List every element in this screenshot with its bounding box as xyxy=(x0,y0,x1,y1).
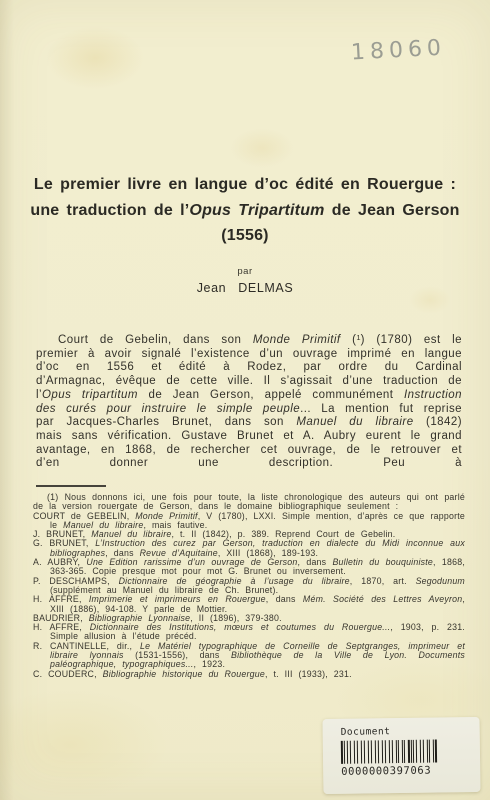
title-line-1: Le premier livre en langue d’oc édité en… xyxy=(0,172,490,198)
barcode-bar xyxy=(364,741,365,764)
barcode xyxy=(341,739,453,764)
barcode-bar xyxy=(408,740,410,763)
barcode-bar xyxy=(420,740,421,763)
body-paragraph: Court de Gebelin, dans son Monde Primiti… xyxy=(36,331,462,471)
barcode-bar xyxy=(357,741,358,764)
footnote-1: (1) Nous donnons ici, une fois pour tout… xyxy=(33,493,465,512)
barcode-bar xyxy=(375,740,376,763)
barcode-bar xyxy=(423,740,424,763)
author-name: Jean DELMAS xyxy=(0,281,490,295)
barcode-bar xyxy=(347,741,348,764)
footnote-7: H. AFFRE, Imprimerie et imprimeurs en Ro… xyxy=(33,595,465,614)
footnote-6: P. DESCHAMPS, Dictionnaire de géographie… xyxy=(33,577,465,596)
barcode-bar xyxy=(385,740,386,763)
barcode-bar xyxy=(368,740,369,763)
barcode-bar xyxy=(341,741,343,764)
barcode-bar xyxy=(435,740,437,763)
footnote-separator xyxy=(36,485,106,487)
barcode-bar xyxy=(382,740,383,763)
sticker-label: Document xyxy=(341,725,480,738)
barcode-bar xyxy=(378,740,379,763)
footnote-4: G. BRUNET, L’Instruction des curez par G… xyxy=(33,539,465,558)
scanned-document-page: 18060 Le premier livre en langue d’oc éd… xyxy=(0,0,490,800)
footnote-5: A. AUBRY, Une Edition rarissime d’un ouv… xyxy=(33,558,465,577)
footnote-2: COURT de GEBELIN, Monde Primitif, V (178… xyxy=(33,512,465,531)
footnotes: (1) Nous donnons ici, une fois pour tout… xyxy=(33,493,465,679)
barcode-bar xyxy=(344,741,345,764)
footnote-9: H. AFFRE, Dictionnaire des Institutions,… xyxy=(33,623,465,642)
article-title: Le premier livre en langue d’oc édité en… xyxy=(0,172,490,249)
barcode-bar xyxy=(404,740,405,763)
footnote-11: C. COUDERC, Bibliographie historique du … xyxy=(33,670,465,679)
title-line-2: une traduction de l’Opus Tripartitum de … xyxy=(0,198,490,224)
barcode-bar xyxy=(398,740,399,763)
barcode-bar xyxy=(413,740,414,763)
barcode-bar xyxy=(361,741,362,764)
title-line-3: (1556) xyxy=(0,223,490,249)
barcode-bar xyxy=(354,741,355,764)
barcode-number: 0000000397063 xyxy=(341,764,480,778)
barcode-bar xyxy=(350,741,351,764)
barcode-bar xyxy=(429,740,430,763)
footnote-10: R. CANTINELLE, dir., Le Matériel typogra… xyxy=(33,642,465,670)
barcode-sticker: Document 0000000397063 xyxy=(322,717,480,794)
barcode-bar xyxy=(389,740,390,763)
barcode-bar xyxy=(392,740,393,763)
byline-label: par xyxy=(0,266,490,277)
handwritten-shelf-number: 18060 xyxy=(350,36,446,66)
barcode-bar xyxy=(371,740,372,763)
barcode-bar xyxy=(416,740,417,763)
